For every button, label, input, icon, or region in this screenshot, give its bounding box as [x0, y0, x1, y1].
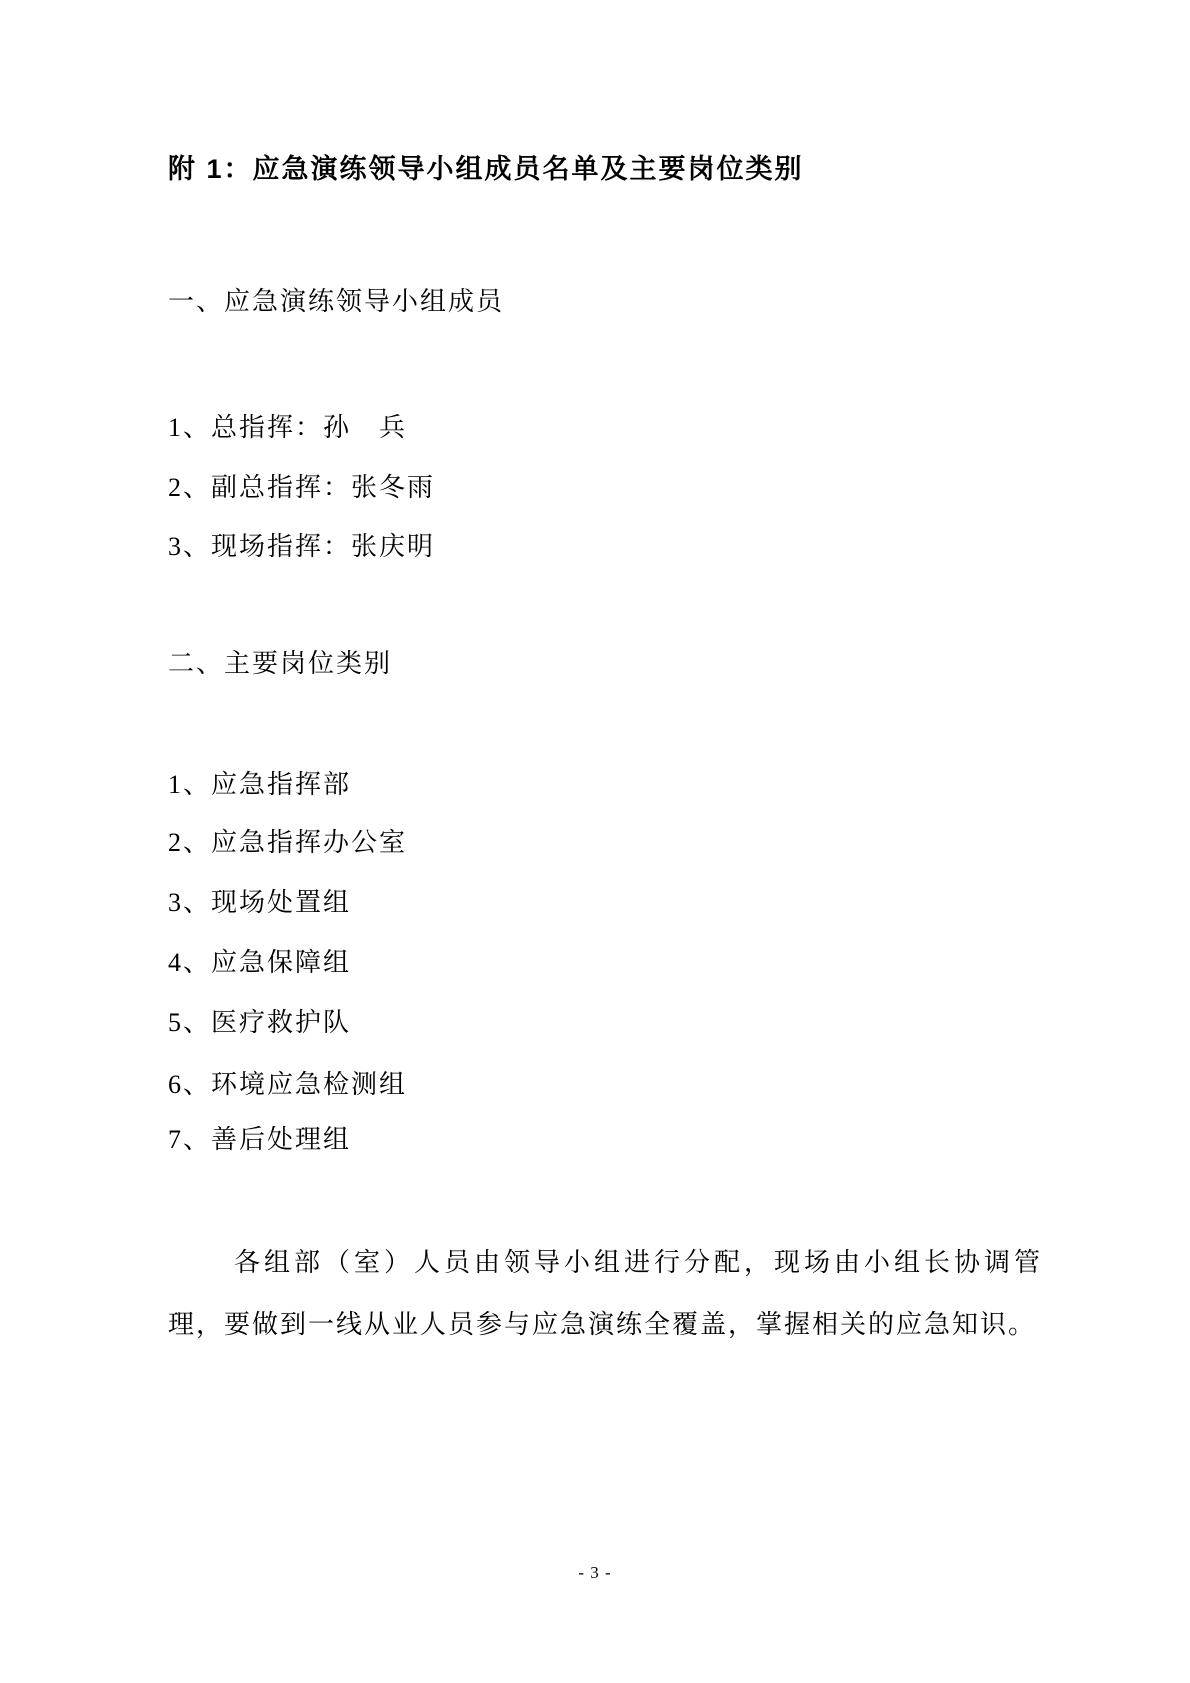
leadership-member-item: 1、总指挥：孙 兵: [168, 410, 407, 446]
closing-paragraph: 各组部（室）人员由领导小组进行分配，现场由小组长协调管理，要做到一线从业人员参与…: [168, 1232, 1042, 1356]
leadership-member-item: 2、副总指挥：张冬雨: [168, 470, 435, 506]
page-number: - 3 -: [0, 1563, 1190, 1583]
job-category-item: 3、现场处置组: [168, 885, 351, 921]
section-two-heading: 二、主要岗位类别: [168, 646, 392, 682]
job-category-item: 1、应急指挥部: [168, 767, 351, 803]
job-category-item: 4、应急保障组: [168, 945, 351, 981]
attachment-title: 附 1：应急演练领导小组成员名单及主要岗位类别: [168, 150, 804, 188]
leadership-member-item: 3、现场指挥：张庆明: [168, 529, 435, 565]
job-category-item: 5、医疗救护队: [168, 1005, 351, 1041]
document-page: 附 1：应急演练领导小组成员名单及主要岗位类别 一、应急演练领导小组成员 1、总…: [0, 0, 1190, 1683]
job-category-item: 2、应急指挥办公室: [168, 825, 407, 861]
job-category-item: 6、环境应急检测组: [168, 1067, 407, 1103]
section-one-heading: 一、应急演练领导小组成员: [168, 284, 504, 320]
job-category-item: 7、善后处理组: [168, 1122, 351, 1158]
